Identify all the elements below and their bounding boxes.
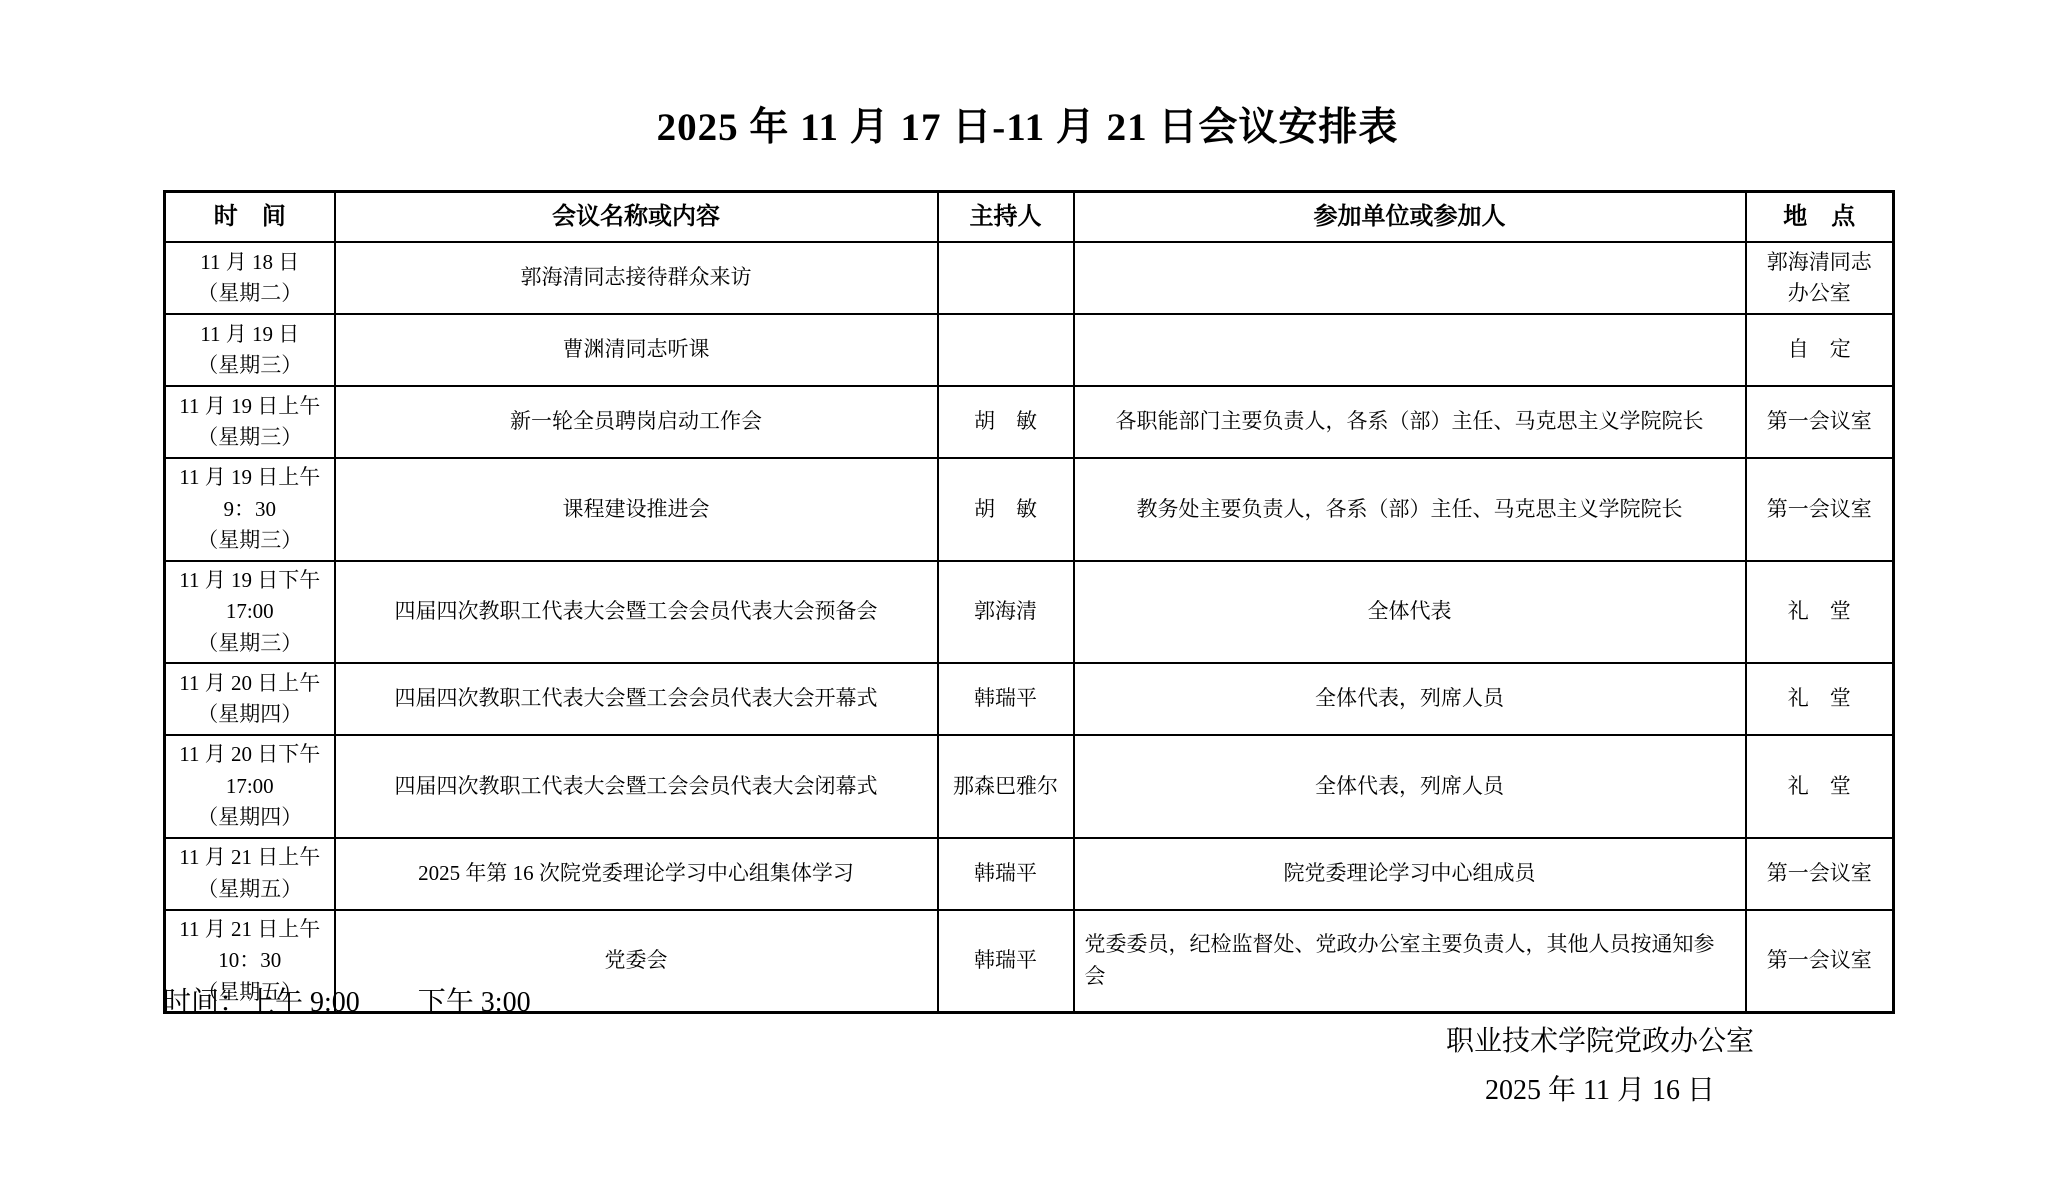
- host-cell: 郭海清: [938, 561, 1074, 664]
- header-participants: 参加单位或参加人: [1074, 192, 1746, 243]
- header-host: 主持人: [938, 192, 1074, 243]
- host-cell: 韩瑞平: [938, 838, 1074, 910]
- session-times-label: 时间：: [163, 987, 247, 1018]
- host-cell: 韩瑞平: [938, 910, 1074, 1013]
- host-cell: 那森巴雅尔: [938, 735, 1074, 838]
- document-page: 2025 年 11 月 17 日-11 月 21 日会议安排表 时 间 会议名称…: [0, 0, 2048, 1182]
- meeting-cell: 课程建设推进会: [335, 458, 938, 561]
- host-cell: 胡 敏: [938, 386, 1074, 458]
- host-cell: 韩瑞平: [938, 663, 1074, 735]
- location-cell: 礼 堂: [1746, 561, 1894, 664]
- header-meeting-name: 会议名称或内容: [335, 192, 938, 243]
- page-title: 2025 年 11 月 17 日-11 月 21 日会议安排表: [163, 96, 1892, 152]
- participants-cell: 教务处主要负责人，各系（部）主任、马克思主义学院院长: [1074, 458, 1746, 561]
- table-row: 11 月 18 日 （星期二） 郭海清同志接待群众来访 郭海清同志 办公室: [165, 242, 1894, 314]
- host-cell: [938, 242, 1074, 314]
- issuer-name: 职业技术学院党政办公室: [1430, 1020, 1770, 1063]
- table-row: 11 月 19 日上午 9：30 （星期三） 课程建设推进会 胡 敏 教务处主要…: [165, 458, 1894, 561]
- table-header-row: 时 间 会议名称或内容 主持人 参加单位或参加人 地 点: [165, 192, 1894, 243]
- meeting-cell: 四届四次教职工代表大会暨工会会员代表大会开幕式: [335, 663, 938, 735]
- meeting-schedule-table: 时 间 会议名称或内容 主持人 参加单位或参加人 地 点 11 月 18 日 （…: [163, 190, 1895, 1014]
- time-cell: 11 月 20 日上午 （星期四）: [165, 663, 335, 735]
- participants-cell: 全体代表: [1074, 561, 1746, 664]
- participants-cell: 院党委理论学习中心组成员: [1074, 838, 1746, 910]
- meeting-cell: 四届四次教职工代表大会暨工会会员代表大会预备会: [335, 561, 938, 664]
- table-row: 11 月 19 日 （星期三） 曹渊清同志听课 自 定: [165, 314, 1894, 386]
- time-cell: 11 月 19 日 （星期三）: [165, 314, 335, 386]
- table-row: 11 月 20 日下午 17:00 （星期四） 四届四次教职工代表大会暨工会会员…: [165, 735, 1894, 838]
- participants-cell: [1074, 242, 1746, 314]
- participants-cell: 全体代表，列席人员: [1074, 663, 1746, 735]
- participants-cell: 各职能部门主要负责人，各系（部）主任、马克思主义学院院长: [1074, 386, 1746, 458]
- afternoon-session-time: 下午 3:00: [418, 987, 531, 1018]
- location-cell: 第一会议室: [1746, 838, 1894, 910]
- time-cell: 11 月 18 日 （星期二）: [165, 242, 335, 314]
- time-cell: 11 月 19 日上午 （星期三）: [165, 386, 335, 458]
- table-row: 11 月 19 日下午 17:00 （星期三） 四届四次教职工代表大会暨工会会员…: [165, 561, 1894, 664]
- host-cell: 胡 敏: [938, 458, 1074, 561]
- table-row: 11 月 19 日上午 （星期三） 新一轮全员聘岗启动工作会 胡 敏 各职能部门…: [165, 386, 1894, 458]
- time-cell: 11 月 19 日下午 17:00 （星期三）: [165, 561, 335, 664]
- location-cell: 礼 堂: [1746, 735, 1894, 838]
- location-cell: 第一会议室: [1746, 386, 1894, 458]
- meeting-cell: 郭海清同志接待群众来访: [335, 242, 938, 314]
- meeting-cell: 四届四次教职工代表大会暨工会会员代表大会闭幕式: [335, 735, 938, 838]
- host-cell: [938, 314, 1074, 386]
- signature-block: 职业技术学院党政办公室 2025 年 11 月 16 日: [1430, 1020, 1770, 1113]
- time-cell: 11 月 19 日上午 9：30 （星期三）: [165, 458, 335, 561]
- morning-session-time: 上午 9:00: [247, 987, 360, 1018]
- issue-date: 2025 年 11 月 16 日: [1430, 1069, 1770, 1112]
- time-cell: 11 月 21 日上午 （星期五）: [165, 838, 335, 910]
- table-row: 11 月 21 日上午 （星期五） 2025 年第 16 次院党委理论学习中心组…: [165, 838, 1894, 910]
- participants-cell: 党委委员，纪检监督处、党政办公室主要负责人，其他人员按通知参会: [1074, 910, 1746, 1013]
- location-cell: 自 定: [1746, 314, 1894, 386]
- header-time: 时 间: [165, 192, 335, 243]
- header-location: 地 点: [1746, 192, 1894, 243]
- meeting-cell: 2025 年第 16 次院党委理论学习中心组集体学习: [335, 838, 938, 910]
- participants-cell: [1074, 314, 1746, 386]
- meeting-cell: 曹渊清同志听课: [335, 314, 938, 386]
- participants-cell: 全体代表，列席人员: [1074, 735, 1746, 838]
- location-cell: 郭海清同志 办公室: [1746, 242, 1894, 314]
- table-row: 11 月 20 日上午 （星期四） 四届四次教职工代表大会暨工会会员代表大会开幕…: [165, 663, 1894, 735]
- time-cell: 11 月 20 日下午 17:00 （星期四）: [165, 735, 335, 838]
- meeting-cell: 新一轮全员聘岗启动工作会: [335, 386, 938, 458]
- location-cell: 礼 堂: [1746, 663, 1894, 735]
- location-cell: 第一会议室: [1746, 910, 1894, 1013]
- session-times-note: 时间：上午 9:00下午 3:00: [163, 980, 531, 1020]
- location-cell: 第一会议室: [1746, 458, 1894, 561]
